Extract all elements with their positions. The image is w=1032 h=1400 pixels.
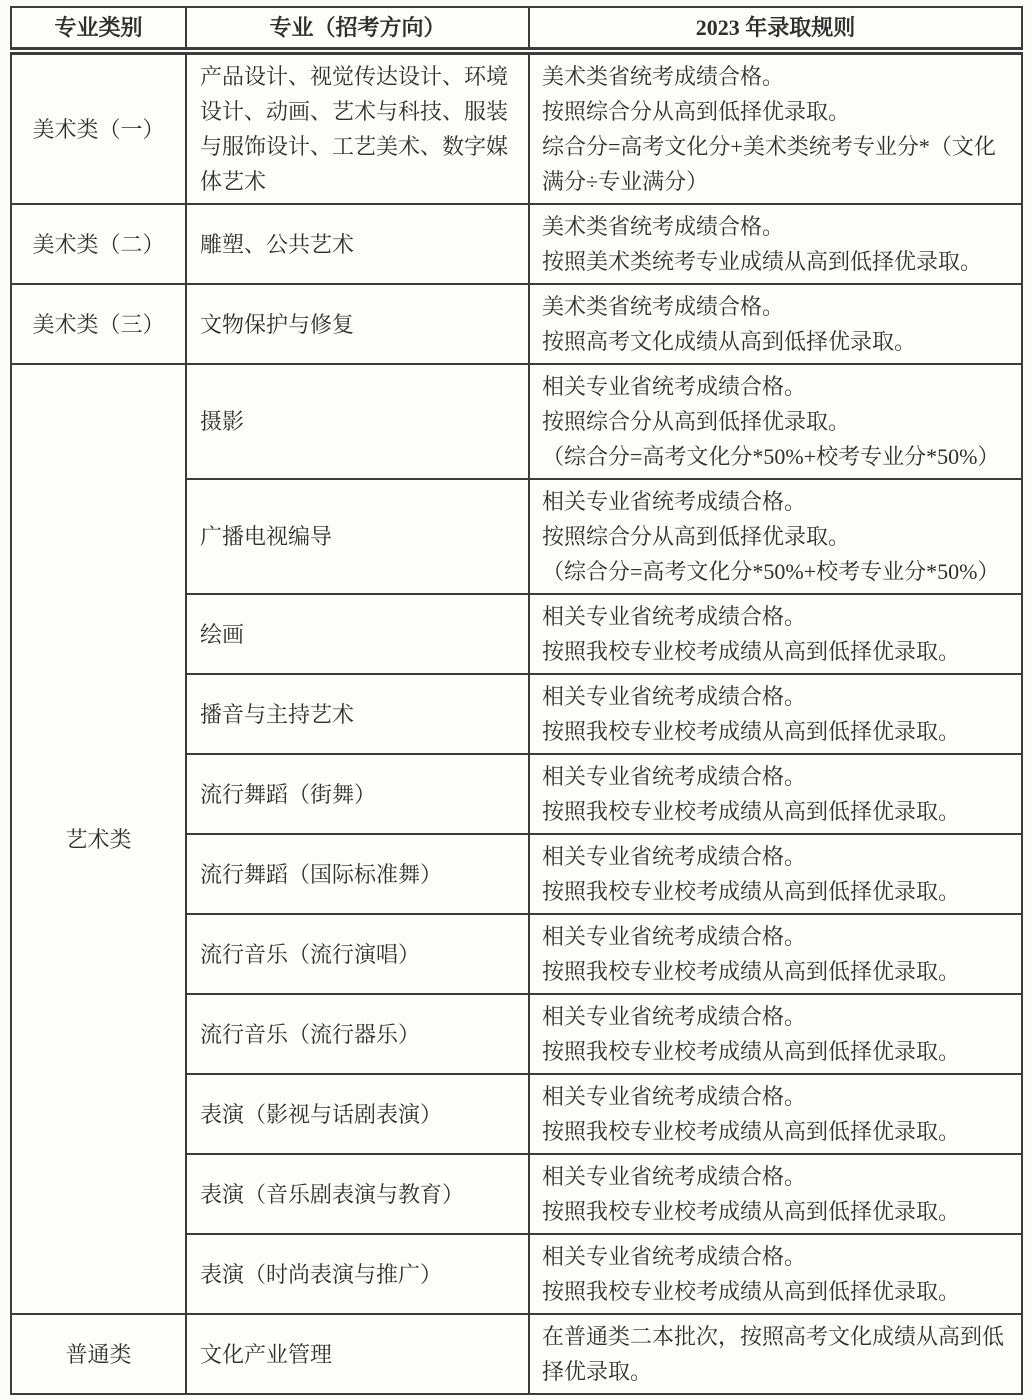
major-cell: 广播电视编导 (186, 479, 529, 594)
rule-cell: 相关专业省统考成绩合格。 按照我校专业校考成绩从高到低择优录取。 (529, 1154, 1022, 1234)
admission-rules-table: 专业类别 专业（招考方向） 2023 年录取规则 美术类（一） 产品设计、视觉传… (10, 6, 1023, 1395)
rule-cell: 在普通类二本批次，按照高考文化成绩从高到低择优录取。 (529, 1314, 1022, 1394)
rule-cell: 美术类省统考成绩合格。 按照美术类统考专业成绩从高到低择优录取。 (529, 204, 1022, 284)
rule-cell: 相关专业省统考成绩合格。 按照我校专业校考成绩从高到低择优录取。 (529, 834, 1022, 914)
major-cell: 表演（时尚表演与推广） (186, 1234, 529, 1314)
major-cell: 摄影 (186, 364, 529, 479)
rule-cell: 相关专业省统考成绩合格。 按照我校专业校考成绩从高到低择优录取。 (529, 994, 1022, 1074)
category-cell: 美术类（一） (11, 51, 186, 204)
major-cell: 播音与主持艺术 (186, 674, 529, 754)
table-row: 美术类（一） 产品设计、视觉传达设计、环境设计、动画、艺术与科技、服装与服饰设计… (11, 51, 1022, 204)
table-row: 普通类 文化产业管理 在普通类二本批次，按照高考文化成绩从高到低择优录取。 (11, 1314, 1022, 1394)
rule-cell: 相关专业省统考成绩合格。 按照我校专业校考成绩从高到低择优录取。 (529, 914, 1022, 994)
major-cell: 文物保护与修复 (186, 284, 529, 364)
header-row: 专业类别 专业（招考方向） 2023 年录取规则 (11, 7, 1022, 51)
rule-cell: 相关专业省统考成绩合格。 按照我校专业校考成绩从高到低择优录取。 (529, 594, 1022, 674)
rule-cell: 相关专业省统考成绩合格。 按照综合分从高到低择优录取。 （综合分=高考文化分*5… (529, 479, 1022, 594)
major-cell: 表演（音乐剧表演与教育） (186, 1154, 529, 1234)
table-row: 美术类（二） 雕塑、公共艺术 美术类省统考成绩合格。 按照美术类统考专业成绩从高… (11, 204, 1022, 284)
major-cell: 雕塑、公共艺术 (186, 204, 529, 284)
category-cell: 艺术类 (11, 364, 186, 1314)
table-row: 美术类（三） 文物保护与修复 美术类省统考成绩合格。 按照高考文化成绩从高到低择… (11, 284, 1022, 364)
category-cell: 普通类 (11, 1314, 186, 1394)
category-cell: 美术类（二） (11, 204, 186, 284)
rule-cell: 美术类省统考成绩合格。 按照综合分从高到低择优录取。 综合分=高考文化分+美术类… (529, 51, 1022, 204)
major-cell: 流行舞蹈（国际标准舞） (186, 834, 529, 914)
table-row: 艺术类 摄影 相关专业省统考成绩合格。 按照综合分从高到低择优录取。 （综合分=… (11, 364, 1022, 479)
rule-cell: 相关专业省统考成绩合格。 按照我校专业校考成绩从高到低择优录取。 (529, 674, 1022, 754)
header-major: 专业（招考方向） (186, 7, 529, 51)
rule-cell: 相关专业省统考成绩合格。 按照综合分从高到低择优录取。 （综合分=高考文化分*5… (529, 364, 1022, 479)
rule-cell: 相关专业省统考成绩合格。 按照我校专业校考成绩从高到低择优录取。 (529, 1234, 1022, 1314)
document-page: 专业类别 专业（招考方向） 2023 年录取规则 美术类（一） 产品设计、视觉传… (0, 0, 1032, 1400)
major-cell: 流行音乐（流行器乐） (186, 994, 529, 1074)
header-category: 专业类别 (11, 7, 186, 51)
major-cell: 表演（影视与话剧表演） (186, 1074, 529, 1154)
major-cell: 文化产业管理 (186, 1314, 529, 1394)
major-cell: 产品设计、视觉传达设计、环境设计、动画、艺术与科技、服装与服饰设计、工艺美术、数… (186, 51, 529, 204)
rule-cell: 相关专业省统考成绩合格。 按照我校专业校考成绩从高到低择优录取。 (529, 1074, 1022, 1154)
rule-cell: 相关专业省统考成绩合格。 按照我校专业校考成绩从高到低择优录取。 (529, 754, 1022, 834)
category-cell: 美术类（三） (11, 284, 186, 364)
major-cell: 绘画 (186, 594, 529, 674)
major-cell: 流行舞蹈（街舞） (186, 754, 529, 834)
major-cell: 流行音乐（流行演唱） (186, 914, 529, 994)
header-rule-2023: 2023 年录取规则 (529, 7, 1022, 51)
rule-cell: 美术类省统考成绩合格。 按照高考文化成绩从高到低择优录取。 (529, 284, 1022, 364)
